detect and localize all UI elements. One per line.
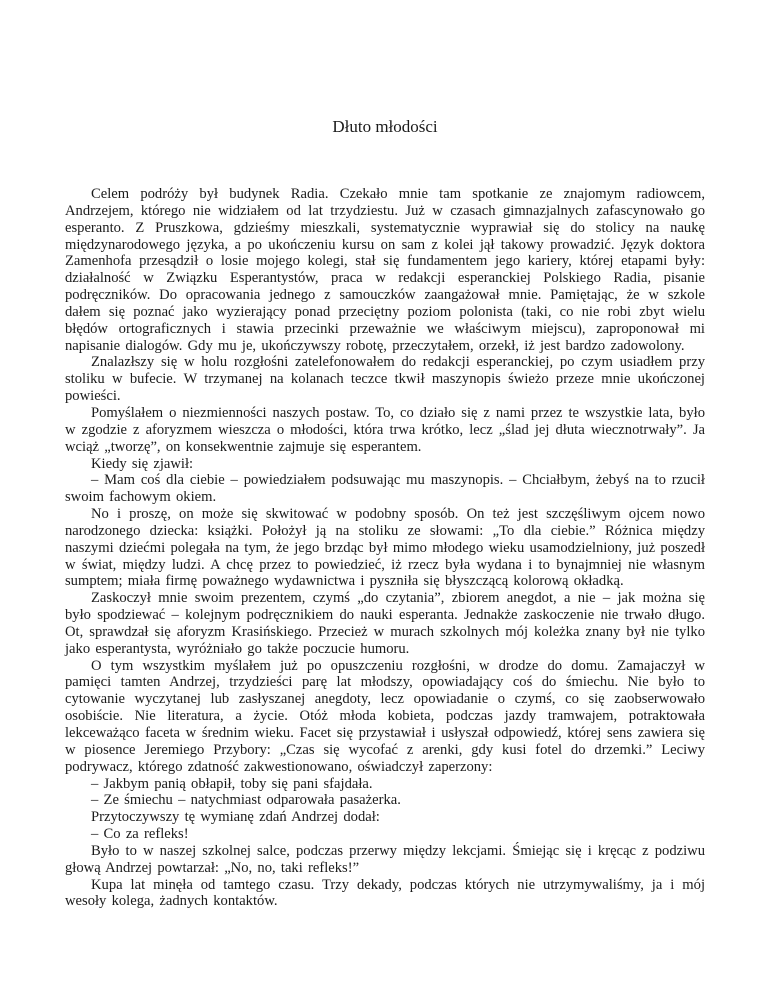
paragraph: Zaskoczył mnie swoim prezentem, czymś „d… <box>65 590 705 657</box>
paragraph: – Mam coś dla ciebie – powiedziałem pods… <box>65 472 705 506</box>
paragraph: Znalazłszy się w holu rozgłośni zatelefo… <box>65 354 705 405</box>
paragraph: O tym wszystkim myślałem już po opuszcze… <box>65 658 705 776</box>
document-page: Dłuto młodości Celem podróży był budynek… <box>0 0 768 994</box>
paragraph: Było to w naszej szkolnej salce, podczas… <box>65 843 705 877</box>
paragraph: – Jakbym panią obłapił, toby się pani sf… <box>65 776 705 793</box>
paragraph: No i proszę, on może się skwitować w pod… <box>65 506 705 590</box>
paragraph: Celem podróży był budynek Radia. Czekało… <box>65 186 705 354</box>
paragraph: – Ze śmiechu – natychmiast odparowała pa… <box>65 792 705 809</box>
paragraph: Pomyślałem o niezmienności naszych posta… <box>65 405 705 456</box>
page-title: Dłuto młodości <box>65 117 705 137</box>
paragraph: Kupa lat minęła od tamtego czasu. Trzy d… <box>65 877 705 911</box>
paragraph: Kiedy się zjawił: <box>65 456 705 473</box>
paragraph: Przytoczywszy tę wymianę zdań Andrzej do… <box>65 809 705 826</box>
document-body: Celem podróży był budynek Radia. Czekało… <box>65 186 705 910</box>
paragraph: – Co za refleks! <box>65 826 705 843</box>
